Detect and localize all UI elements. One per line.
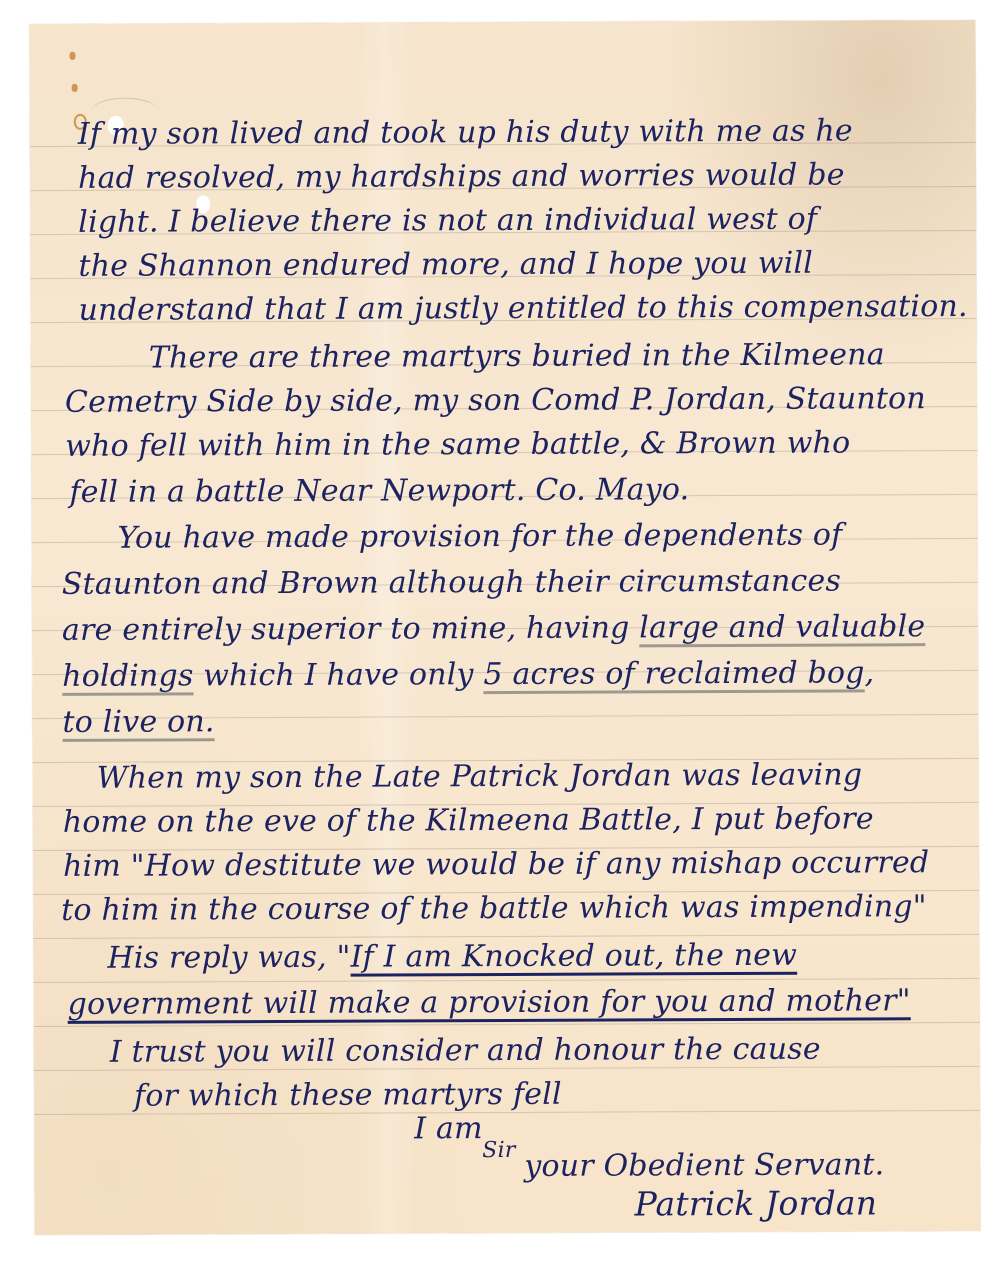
signature: Patrick Jordan (634, 1186, 877, 1221)
letter-paper: If my son lived and took up his duty wit… (29, 20, 980, 1235)
closing-i-am: I am (414, 1112, 483, 1146)
letter-closing: I am Sir your Obedient Servant. Patrick … (29, 20, 980, 1235)
closing-servant-line: your Obedient Servant. (524, 1148, 884, 1184)
closing-salutation: Sir (482, 1134, 515, 1168)
